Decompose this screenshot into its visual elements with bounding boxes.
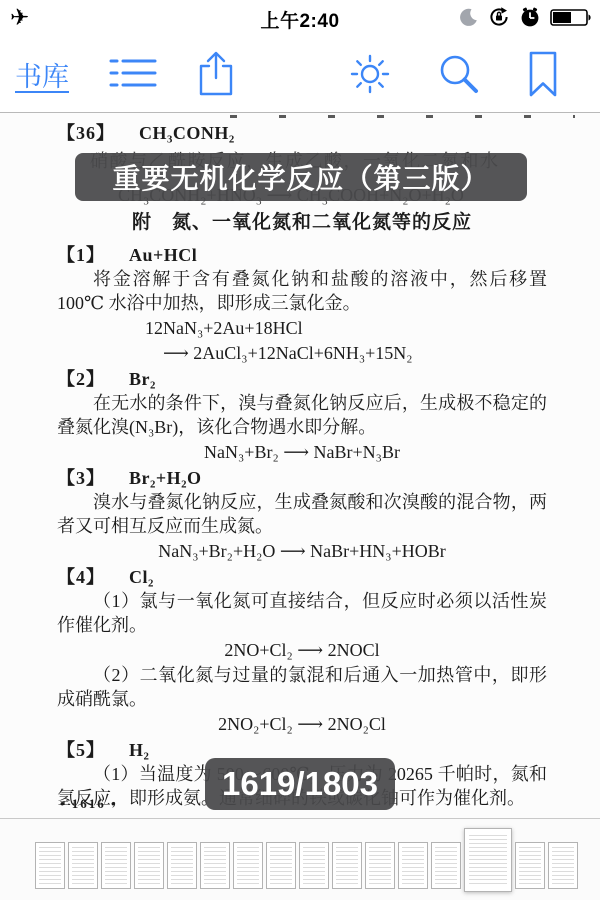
page-thumbnail[interactable]	[398, 842, 428, 889]
text-para: （2）二氧化氮与过量的氯混和后通入一加热管中，即形成硝酰氯。	[57, 663, 547, 711]
page-thumbnail[interactable]	[101, 842, 131, 889]
orientation-lock-icon	[488, 6, 510, 28]
text-section-title: 附 氮、一氧化氮和二氧化氮等的反应	[57, 211, 547, 235]
reaction-entry-heading: 【2】Br₂	[57, 367, 547, 391]
status-right-icons	[459, 6, 592, 28]
reaction-entry-heading: 【3】Br₂+H₂O	[57, 466, 547, 490]
reaction-entry-heading: 【36】CH₃CONH₂	[57, 121, 547, 145]
brightness-icon[interactable]	[350, 54, 390, 94]
thumbnail-text-preview	[39, 847, 61, 884]
page-thumbnail[interactable]	[68, 842, 98, 889]
thumbnail-text-preview	[204, 847, 226, 884]
thumbnail-text-preview	[72, 847, 94, 884]
text-eq-left2: ⟶ 2AuCl₃+12NaCl+6NH₃+15N₂	[163, 341, 547, 365]
entry-formula: Au+HCl	[129, 245, 197, 265]
page-thumbnail[interactable]	[548, 842, 578, 889]
thumbnail-text-preview	[469, 835, 507, 885]
entry-formula: H₂	[129, 740, 149, 760]
text-eq: NaN₃+Br₂+H₂O ⟶ NaBr+HN₃+HOBr	[57, 539, 547, 563]
page-thumbnail[interactable]	[266, 842, 296, 889]
text-eq: 2NO₂+Cl₂ ⟶ 2NO₂Cl	[57, 712, 547, 736]
thumbnail-text-preview	[369, 847, 391, 884]
entry-label: 【4】	[57, 567, 105, 587]
status-time: 上午2:40	[260, 6, 339, 33]
page-thumbnail[interactable]	[332, 842, 362, 889]
page-thumbnail[interactable]	[365, 842, 395, 889]
book-title-toast: 重要无机化学反应（第三版）	[75, 153, 527, 201]
thumbnail-text-preview	[138, 847, 160, 884]
thumbnail-text-preview	[519, 847, 541, 884]
page-indicator-toast: 1619/1803	[205, 758, 395, 810]
page-thumbnail-scrubber[interactable]	[0, 818, 600, 900]
text-para: 将金溶解于含有叠氮化钠和盐酸的溶液中，然后移置 100℃ 水浴中加热，即形成三氯…	[57, 267, 547, 315]
entry-label: 【3】	[57, 468, 105, 488]
page-thumbnail[interactable]	[233, 842, 263, 889]
entry-label: 【1】	[57, 245, 105, 265]
reading-page[interactable]: 硝酸与乙酰胺反应，生成乙酸，一氧化二氮和水 CH₃CONH₂+HNO₃ ⟶ CH…	[0, 112, 600, 818]
reaction-entry-heading: 【4】Cl₂	[57, 565, 547, 589]
thumbnail-text-preview	[303, 847, 325, 884]
ebook-reader-screen: ✈ 上午2:40	[0, 0, 600, 900]
reaction-entry-heading: 【1】Au+HCl	[57, 243, 547, 267]
thumbnail-text-preview	[435, 847, 457, 884]
page-thumbnail[interactable]	[200, 842, 230, 889]
thumbnail-text-preview	[270, 847, 292, 884]
page-thumbnail[interactable]	[167, 842, 197, 889]
thumbnail-text-preview	[552, 847, 574, 884]
airplane-mode-icon: ✈	[10, 4, 29, 31]
entry-formula: Br₂	[129, 369, 156, 389]
thumbnail-row	[35, 828, 578, 889]
thumbnail-text-preview	[105, 847, 127, 884]
page-thumbnail[interactable]	[35, 842, 65, 889]
bookmark-icon[interactable]	[528, 51, 558, 97]
page-thumbnail[interactable]	[431, 842, 461, 889]
search-icon[interactable]	[438, 53, 480, 95]
text-para: （1）氯与一氧化氮可直接结合，但反应时必须以活性炭作催化剂。	[57, 589, 547, 637]
page-thumbnail[interactable]	[134, 842, 164, 889]
battery-icon	[550, 8, 592, 27]
share-icon[interactable]	[197, 51, 235, 97]
entry-formula: Br₂+H₂O	[129, 468, 202, 488]
page-content: 【36】CH₃CONH₂附 氮、一氧化氮和二氧化氮等的反应【1】Au+HCl将金…	[0, 113, 600, 810]
text-eq: NaN₃+Br₂ ⟶ NaBr+N₃Br	[57, 440, 547, 464]
thumbnail-text-preview	[402, 847, 424, 884]
text-para: 在无水的条件下，溴与叠氮化钠反应后，生成极不稳定的叠氮化溴(N₃Br)，该化合物…	[57, 391, 547, 439]
thumbnail-text-preview	[336, 847, 358, 884]
entry-label: 【36】	[57, 123, 115, 143]
entry-formula: CH₃CONH₂	[139, 123, 235, 143]
toc-list-icon[interactable]	[109, 56, 157, 92]
page-thumbnail[interactable]	[299, 842, 329, 889]
status-bar: ✈ 上午2:40	[0, 0, 600, 36]
text-eq: 2NO+Cl₂ ⟶ 2NOCl	[57, 638, 547, 662]
reader-toolbar: 书库	[0, 36, 600, 112]
entry-formula: Cl₂	[129, 567, 154, 587]
book-page-number: • 1616 •	[60, 796, 118, 812]
text-eq-left: 12NaN₃+2Au+18HCl	[145, 316, 547, 340]
page-thumbnail-current[interactable]	[464, 828, 512, 892]
entry-label: 【5】	[57, 740, 105, 760]
toolbar-left-group: 书库	[0, 51, 235, 97]
toolbar-right-group	[350, 51, 600, 97]
alarm-clock-icon	[520, 7, 540, 27]
text-para: 溴水与叠氮化钠反应，生成叠氮酸和次溴酸的混合物，两者又可相互反应而生成氮。	[57, 490, 547, 538]
entry-label: 【2】	[57, 369, 105, 389]
thumbnail-text-preview	[237, 847, 259, 884]
library-button[interactable]: 书库	[15, 55, 69, 94]
do-not-disturb-moon-icon	[459, 8, 478, 27]
page-thumbnail[interactable]	[515, 842, 545, 889]
thumbnail-text-preview	[171, 847, 193, 884]
